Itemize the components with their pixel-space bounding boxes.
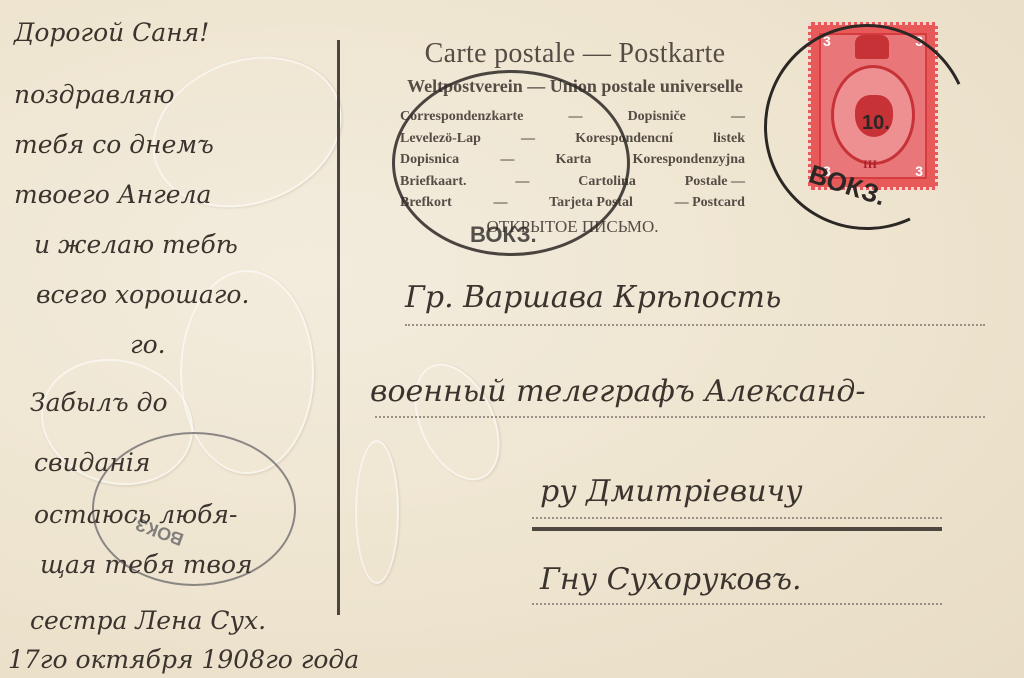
message-line: Дорогой Саня!: [14, 18, 209, 47]
address-line: ру Дмитріевичу: [540, 474, 803, 509]
message-date: 17го октября 1908го года: [8, 645, 359, 674]
postcard: ВОКЗ. Carte postale — Postkarte Weltpost…: [0, 0, 1024, 678]
address-dotted-line: [532, 603, 942, 605]
address-solid-line: [532, 527, 942, 531]
address-line: Гр. Варшава Крѣпость: [405, 280, 781, 315]
message-line: и желаю тебѣ: [34, 230, 238, 259]
message-line: тебя со днемъ: [14, 130, 214, 159]
message-line: твоего Ангела: [14, 180, 211, 209]
message-line: го.: [130, 330, 166, 359]
postmark-middle-text: ВОКЗ.: [470, 222, 537, 248]
message-line: сестра Лена Сух.: [30, 606, 266, 635]
center-divider: [337, 40, 340, 615]
address-dotted-line: [405, 324, 985, 326]
emboss-leaf: [397, 350, 516, 494]
address-line: Гну Сухоруковъ.: [540, 562, 801, 597]
card-title: Carte postale — Postkarte: [370, 38, 780, 70]
message-line: щая тебя твоя: [40, 550, 253, 579]
message-line: поздравляю: [14, 80, 175, 109]
address-line: военный телеграфъ Александ-: [370, 374, 866, 409]
emboss-leaf: [355, 440, 399, 584]
message-line: остаюсь любя-: [34, 500, 237, 529]
address-dotted-line: [532, 517, 942, 519]
postmark-date: 10.: [862, 112, 890, 135]
message-line: Забылъ до: [30, 388, 168, 417]
message-line: всего хорошаго.: [36, 280, 249, 309]
message-line: свиданія: [34, 448, 150, 477]
address-dotted-line: [375, 416, 985, 418]
